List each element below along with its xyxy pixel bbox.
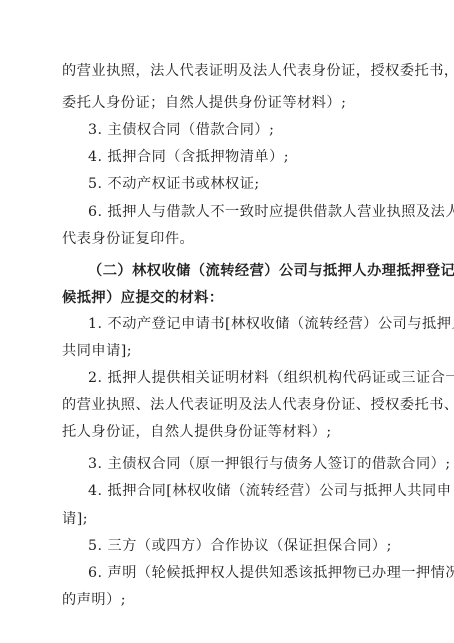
paragraph-line: 请]; <box>62 510 400 528</box>
paragraph-line: 的声明）; <box>62 591 400 609</box>
list-item-3b: 3. 主债权合同（原一押银行与债务人签订的借款合同）; <box>88 455 400 473</box>
list-item-5b: 5. 三方（或四方）合作协议（保证担保合同）; <box>88 537 400 555</box>
list-item-5: 5. 不动产权证书或林权证; <box>88 175 400 193</box>
list-item-6b: 6. 声明（轮候抵押权人提供知悉该抵押物已办理一押情况 <box>88 564 400 582</box>
paragraph-line: 代表身份证复印件。 <box>62 230 400 248</box>
paragraph-line: 委托人身份证；自然人提供身份证等材料）; <box>62 94 400 112</box>
list-item-2: 2. 抵押人提供相关证明材料（组织机构代码证或三证合一 <box>88 369 400 387</box>
section-heading: （二）林权收储（流转经营）公司与抵押人办理抵押登记（轮 <box>88 262 400 280</box>
list-item-6: 6. 抵押人与借款人不一致时应提供借款人营业执照及法人 <box>88 203 400 221</box>
paragraph-line: 托人身份证，自然人提供身份证等材料）; <box>62 423 400 441</box>
paragraph-line: 的营业执照，法人代表证明及法人代表身份证，授权委托书，受 <box>62 62 400 80</box>
list-item-4: 4. 抵押合同（含抵押物清单）; <box>88 148 400 166</box>
list-item-1: 1. 不动产登记申请书[林权收储（流转经营）公司与抵押人 <box>88 315 400 333</box>
list-item-4b: 4. 抵押合同[林权收储（流转经营）公司与抵押人共同申 <box>88 482 400 500</box>
paragraph-line: 共同申请]; <box>62 342 400 360</box>
section-heading-cont: 候抵押）应提交的材料： <box>62 289 400 307</box>
list-item-3: 3. 主债权合同（借款合同）; <box>88 121 400 139</box>
paragraph-line: 的营业执照、法人代表证明及法人代表身份证、授权委托书、受 <box>62 396 400 414</box>
